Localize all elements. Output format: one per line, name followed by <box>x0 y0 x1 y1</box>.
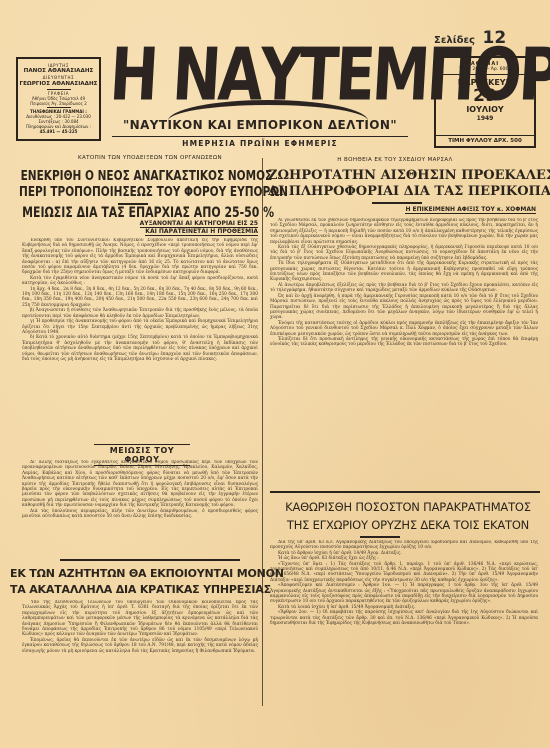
divider <box>360 536 400 538</box>
paragraph: Τὰ ἴδια τηλεγραφήματα ἐξ Οὐάσιγκτων μετα… <box>270 261 538 283</box>
paragraph: «Ἀποφασίζομεν καὶ Διατάσσομεν : Ἄρθρον 1… <box>270 583 538 605</box>
address-line: Πειραιεύς Ἀγ. Σπυρίδωνος 2 <box>18 101 99 106</box>
article-body: Ἐνεκρίθη ὑπὸ τοῦ Συντονιστικοῦ Κυβερνητι… <box>22 238 258 440</box>
paragraph: «Ἔχοντες ὑπ' ὄψει : 1) Τὰς διατάξεις τοῦ… <box>270 562 538 584</box>
paragraph: Ἐπομένως, ἀρεῖας θὰ ἐκποιοῦνται ἐκ τῶν ἀ… <box>22 638 258 654</box>
article-headline: ΕΝΕΚΡΙΘΗ Ο ΝΕΟΣ ΑΝΑΓΚΑΣΤΙΚΟΣ ΝΟΜΟΣ <box>21 168 238 184</box>
paragraph: Ἐλπίζεται δὲ ὅτι προσωπικὴ ἀντίληψις τῆς… <box>270 337 538 348</box>
article-body: Ὑπὸ τῆς Διευθύνσεως Τελωνείων τοῦ ὑπουργ… <box>22 600 258 686</box>
article-headline: ΑΙ ΠΛΗΡΟΦΟΡΙΑΙ ΔΙΑ ΤΑΣ ΠΕΡΙΚΟΠΑΣ <box>268 184 548 199</box>
article-headline: ΖΩΗΡΟΤΑΤΗΝ ΑΙΣΘΗΣΙΝ ΠΡΟΕΚΑΛΕΣΑΝ <box>268 168 548 183</box>
subhead-line: Η ΕΠΙΚΕΙΜΕΝΗ ΑΦΙΞΙΣ ΤΟΥ κ. ΧΟΦΜΑΝ <box>405 206 536 214</box>
paragraph: Διὰ τὰς ὑπολοίπους περιφερείας, πλὴν τῶν… <box>22 509 258 520</box>
paragraph: «Ἄρθρον 2ον. — 1) Οἱ παραβάται τῆς παρού… <box>270 610 538 626</box>
article-headline: ΕΚ ΤΩΝ ΑΖΗΤΗΤΩΝ ΘΑ ΕΚΠΟΙΟΥΝΤΑΙ ΜΟΝΟΝ <box>10 567 260 580</box>
newspaper-tagline: ΗΜΕΡΗΣΙΑ ΠΡΩΪΝΗ ΕΦΗΜΕΡΙΣ <box>112 136 408 151</box>
founder-name: ΠΑΝΟΣ ΑΘΑΝΑΣΙΑΔΗΣ <box>18 68 99 75</box>
divider <box>118 203 148 205</box>
paragraph: β) Ἀναγνώσεται ἡ σύνθεσις τῶν Ἀναθεωρητι… <box>22 308 258 319</box>
article-body: Αἱ γνωσθεῖσαι ἐκ τῶν χθεσινῶν δημοσιογρα… <box>270 218 538 414</box>
divider <box>372 202 422 204</box>
column-divider <box>262 158 263 706</box>
paragraph: 1η ἄρχ. 4 δεκ., 2α 8 δεκ., 3η 8 δεκ., 4η… <box>22 287 258 309</box>
paragraph: Διὰ τῆς ὑπ' ἀριθ. 63 ἀ.ἐ. Ἀγορανομικῆς Δ… <box>270 540 538 551</box>
paragraph: γ) Ἡ προθεσμία τῆς ἀνακατανομῆς τοῦ φόρο… <box>22 319 258 335</box>
year: 1949 <box>436 115 534 122</box>
article-subhead: ΑΥΞΑΝΟΝΤΑΙ ΑΙ ΚΑΤΗΓΟΡΙΑΙ ΕΙΣ 25 ΚΑΙ ΠΑΡΑ… <box>130 220 258 236</box>
article-subhead: Η ΕΠΙΚΕΙΜΕΝΗ ΑΦΙΞΙΣ ΤΟΥ κ. ΧΟΦΜΑΝ <box>300 206 536 214</box>
phone-line: 45.491 — 45-225 <box>18 129 99 134</box>
subhead-line: ΑΥΞΑΝΟΝΤΑΙ ΑΙ ΚΑΤΗΓΟΡΙΑΙ ΕΙΣ 25 <box>140 220 258 228</box>
article-headline: ΚΑΘΩΡΙΣΘΗ ΠΟΣΟΣΤΟΝ ΠΑΡΑΚΡΑΤΗΜΑΤΟΣ <box>268 500 548 514</box>
paragraph: Αἱ γνωσθεῖσαι ἐκ τῶν χθεσινῶν δημοσιογρα… <box>270 218 538 245</box>
divider <box>47 107 71 108</box>
paragraph: Ὡς καὶ ἐν ἀρχῇ ἀνεφέρθη, ἡ παρὰ τῆς ἀμερ… <box>270 294 538 321</box>
issue-number: Ἔτος 26ον — Ἀρ. 6066 <box>436 67 534 75</box>
divider <box>60 559 240 561</box>
newspaper-subtitle: "ΝΑΥΤΙΚΟΝ ΚΑΙ ΕΜΠΟΡΙΚΟΝ ΔΕΛΤΙΟΝ" <box>112 118 408 132</box>
article-headline: ΤΑ ΑΚΑΤΑΛΛΗΛΑ ΔΙΑ ΚΡΑΤΙΚΑΣ ΥΠΗΡΕΣΙΑΣ <box>10 583 260 596</box>
paragraph: δ) Κατὰ τὸ χρονικὸν αὐτὸ διάστημα (μέχρι… <box>22 335 258 362</box>
newspaper-page: Σελίδες 12 ΙΔΡΥΤΗΣ ΠΑΝΟΣ ΑΘΑΝΑΣΙΑΔΗΣ ΔΙΕ… <box>0 0 550 748</box>
subhead-line: ΚΑΙ ΠΑΡΑΤΕΙΝΕΤΑΙ Η ΠΡΟΘΕΣΜΙΑ <box>145 228 258 236</box>
issue-price: ΤΙΜΗ ΦΥΛΛΟΥ ΔΡΧ. 500 <box>436 135 534 146</box>
paragraph: Αἱ ἀνωτέρω ἀπροβλέπτως ἐξελίξεις ὡς πρὸς… <box>270 283 538 294</box>
day-number: 29 <box>436 87 534 105</box>
paragraph: Ὑπὸ τῆς Διευθύνσεως Τελωνείων τοῦ ὑπουργ… <box>22 600 258 638</box>
date-box: ΑΘΗΝΑΙ Ἔτος 26ον — Ἀρ. 6066 ΠΑΡΑΣΚΕΥΗ 29… <box>434 56 536 148</box>
article-body: Δι' ἄλλης διατάξεως τοῦ ἐγκριθέντος ἀναγ… <box>22 460 258 550</box>
publisher-box: ΙΔΡΥΤΗΣ ΠΑΝΟΣ ΑΘΑΝΑΣΙΑΔΗΣ ΔΙΕΥΘΥΝΤΗΣ ΓΕΩ… <box>16 57 101 141</box>
month: ΙΟΥΛΙΟΥ <box>436 105 534 114</box>
article-headline: ΤΗΣ ΕΓΧΩΡΙΟΥ ΟΡΥΖΗΣ ΔΕΚΑ ΤΟΙΣ ΕΚΑΤΟΝ <box>268 518 548 532</box>
paragraph: Κατὰ τὸν ἐγκριθέντα νέον ἀναγκαστικὸν νό… <box>22 276 258 287</box>
article-kicker: Η ΒΟΗΘΕΙΑ ΕΚ ΤΟΥ ΣΧΕΔΙΟΥ ΜΑΡΣΑΛ <box>290 157 500 163</box>
divider <box>47 89 71 90</box>
director-name: ΓΕΩΡΓΙΟΣ ΑΘΑΝΑΣΙΑΔΗΣ <box>18 81 99 88</box>
paragraph: Κατὰ τὰς ἐξ Οὐάσιγκτων χθεσινὰς δημοσιογ… <box>270 245 538 261</box>
paragraph: Ἐνεκρίθη ὑπὸ τοῦ Συντονιστικοῦ Κυβερνητι… <box>22 238 258 276</box>
article-kicker: ΚΑΤΟΠΙΝ ΤΩΝ ΥΠΟΔΕΙΞΕΩΝ ΤΩΝ ΟΡΓΑΝΩΣΕΩΝ <box>40 155 260 161</box>
article-headline: ΜΕΙΩΣΙΣ ΔΙΑ ΤΑΣ ΕΠΑΡΧΙΑΣ ΑΠΟ 25-50 % <box>22 205 236 221</box>
divider <box>270 491 540 493</box>
article-body: Διὰ τῆς ὑπ' ἀριθ. 63 ἀ.ἐ. Ἀγορανομικῆς Δ… <box>270 540 538 670</box>
paragraph: Δι' ἄλλης διατάξεως τοῦ ἐγκριθέντος ἀναγ… <box>22 460 258 509</box>
paragraph: Ἐνόψει τῆς καταστάσεως ταύτης οἱ ἁρμόδιο… <box>270 321 538 337</box>
article-headline: ΠΕΡΙ ΤΡΟΠΟΠΟΙΗΣΕΩΣ ΤΟΥ ΦΟΡΟΥ ΕΥΠΟΡΩΝ <box>19 184 239 200</box>
